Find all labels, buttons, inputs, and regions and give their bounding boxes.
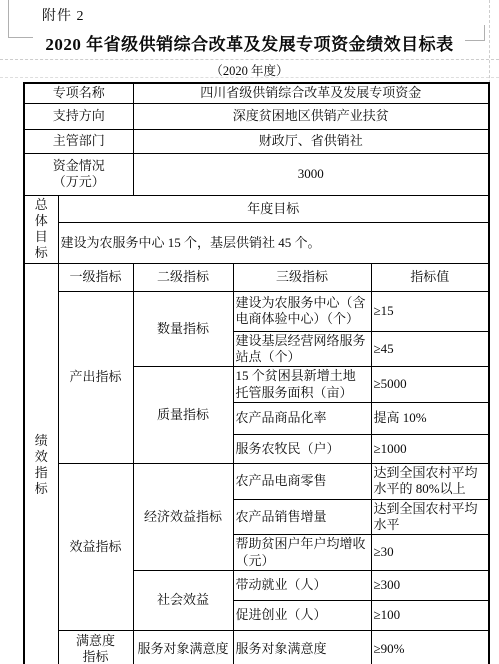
indicator-level3: 服务农牧民（户） — [233, 435, 371, 464]
col-header-level3: 三级指标 — [233, 263, 371, 291]
info-value: 财政厅、省供销社 — [133, 129, 489, 153]
table-row: 支持方向 深度贫困地区供销产业扶贫 — [24, 103, 489, 129]
table-row: 效益指标 经济效益指标 农产品电商零售 达到全国农村平均水平的 80%以上 — [24, 464, 489, 500]
indicator-level3: 建设基层经营网络服务站点（个） — [233, 331, 371, 367]
col-header-level2: 二级指标 — [133, 263, 233, 291]
indicator-level1: 产出指标 — [58, 291, 133, 464]
info-label: 支持方向 — [24, 103, 133, 129]
indicator-level1: 效益指标 — [58, 464, 133, 631]
table-row: 资金情况 （万元） 3000 — [24, 153, 489, 195]
col-header-level1: 一级指标 — [58, 263, 133, 291]
indicator-level3: 帮助贫困户年户均增收（元） — [233, 535, 371, 571]
indicator-level3: 农产品商品化率 — [233, 403, 371, 435]
table-row: 满意度 指标 服务对象满意度 服务对象满意度 ≥90% — [24, 631, 489, 664]
side-label-performance: 绩 效 指 标 — [24, 263, 58, 664]
indicator-value: ≥300 — [371, 571, 489, 601]
indicator-value: 达到全国农村平均水平 — [371, 499, 489, 535]
indicator-level3: 服务对象满意度 — [233, 631, 371, 664]
table-row: 产出指标 数量指标 建设为农服务中心（含电商体验中心）（个） ≥15 — [24, 291, 489, 331]
table-row: 绩 效 指 标 一级指标 二级指标 三级指标 指标值 — [24, 263, 489, 291]
table-row: 主管部门 财政厅、省供销社 — [24, 129, 489, 153]
indicator-level2: 服务对象满意度 — [133, 631, 233, 664]
annual-goal-content: 建设为农服务中心 15 个，基层供销社 45 个。 — [58, 223, 489, 263]
indicator-level1: 满意度 指标 — [58, 631, 133, 664]
document-title: 2020 年省级供销综合改革及发展专项资金绩效目标表 — [0, 30, 499, 55]
info-value: 深度贫困地区供销产业扶贫 — [133, 103, 489, 129]
attachment-label: 附件 2 — [42, 5, 85, 25]
indicator-value: ≥45 — [371, 331, 489, 367]
indicator-value: ≥15 — [371, 291, 489, 331]
table-row: 建设为农服务中心 15 个，基层供销社 45 个。 — [24, 223, 489, 263]
indicator-level3: 农产品销售增量 — [233, 499, 371, 535]
indicator-level2: 经济效益指标 — [133, 464, 233, 571]
document-page: 附件 2 2020 年省级供销综合改革及发展专项资金绩效目标表 （2020 年度… — [0, 0, 499, 664]
side-label-overall-goal: 总 体 目 标 — [24, 195, 58, 263]
indicator-value: ≥90% — [371, 631, 489, 664]
indicator-value: 提高 10% — [371, 403, 489, 435]
info-label: 资金情况 （万元） — [24, 153, 133, 195]
table-row: 专项名称 四川省级供销综合改革及发展专项资金 — [24, 83, 489, 103]
info-label: 专项名称 — [24, 83, 133, 103]
info-value: 四川省级供销综合改革及发展专项资金 — [133, 83, 489, 103]
indicator-value: ≥1000 — [371, 435, 489, 464]
indicator-level3: 建设为农服务中心（含电商体验中心）（个） — [233, 291, 371, 331]
document-subtitle: （2020 年度） — [0, 61, 499, 79]
text-boundary-dash-upper — [0, 59, 499, 60]
indicator-level3: 农产品电商零售 — [233, 464, 371, 500]
indicator-level2: 社会效益 — [133, 571, 233, 631]
indicator-value: 达到全国农村平均水平的 80%以上 — [371, 464, 489, 500]
col-header-value: 指标值 — [371, 263, 489, 291]
indicator-value: ≥30 — [371, 535, 489, 571]
indicator-value: ≥100 — [371, 601, 489, 631]
indicator-value: ≥5000 — [371, 367, 489, 403]
indicator-level3: 促进创业（人） — [233, 601, 371, 631]
indicator-level2: 质量指标 — [133, 367, 233, 464]
indicator-level3: 带动就业（人） — [233, 571, 371, 601]
info-value: 3000 — [133, 153, 489, 195]
annual-goal-header: 年度目标 — [58, 195, 489, 223]
performance-target-table: 专项名称 四川省级供销综合改革及发展专项资金 支持方向 深度贫困地区供销产业扶贫… — [23, 82, 490, 664]
table-row: 总 体 目 标 年度目标 — [24, 195, 489, 223]
indicator-level2: 数量指标 — [133, 291, 233, 367]
indicator-level3: 15 个贫困县新增土地托管服务面积（亩） — [233, 367, 371, 403]
info-label: 主管部门 — [24, 129, 133, 153]
